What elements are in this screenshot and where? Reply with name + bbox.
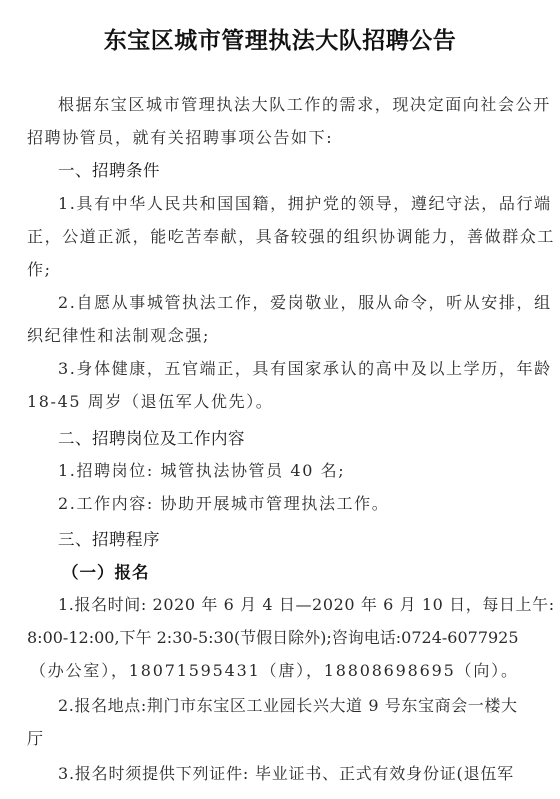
condition-1-line-3: 作; bbox=[27, 257, 52, 280]
registration-place-line-1: 2.报名地点:荆门市东宝区工业园长兴大道 9 号东宝商会一楼大 bbox=[58, 693, 491, 716]
intro-line-1: 根据东宝区城市管理执法大队工作的需求，现决定面向社会公开 bbox=[58, 92, 491, 115]
intro-line-2: 招聘协管员，就有关招聘事项公告如下: bbox=[27, 125, 333, 148]
registration-time-line-3: （办公室），18071595431（唐），18808698695（向）。 bbox=[30, 658, 519, 681]
registration-time-line-2: 8:00-12:00,下午 2:30-5:30(节假日除外);咨询电话:0724… bbox=[27, 625, 491, 648]
registration-documents-line-1: 3.报名时须提供下列证件: 毕业证书、正式有效身份证(退伍军 bbox=[58, 761, 491, 784]
registration-place-line-2: 厅 bbox=[27, 726, 45, 749]
condition-2-line-2: 织纪律性和法制观念强; bbox=[27, 323, 210, 346]
condition-3-line-2: 18-45 周岁（退伍军人优先）。 bbox=[27, 389, 273, 412]
condition-1-line-2: 正，公道正派，能吃苦奉献，具备较强的组织协调能力，善做群众工 bbox=[27, 224, 491, 247]
page-title: 东宝区城市管理执法大队招聘公告 bbox=[0, 22, 560, 55]
section-heading-conditions: 一、招聘条件 bbox=[58, 157, 160, 181]
registration-time-line-1: 1.报名时间: 2020 年 6 月 4 日—2020 年 6 月 10 日，每… bbox=[58, 592, 491, 615]
condition-3-line-1: 3.身体健康，五官端正，具有国家承认的高中及以上学历，年龄 bbox=[58, 356, 491, 379]
section-heading-procedure: 三、招聘程序 bbox=[58, 526, 160, 550]
position-item-1: 1.招聘岗位: 城管执法协管员 40 名; bbox=[58, 458, 345, 481]
condition-2-line-1: 2.自愿从事城管执法工作，爱岗敬业，服从命令，听从安排，组 bbox=[58, 290, 491, 313]
subsection-heading-registration: （一）报名 bbox=[62, 559, 150, 583]
condition-1-line-1: 1.具有中华人民共和国国籍，拥护党的领导，遵纪守法，品行端 bbox=[58, 191, 491, 214]
position-item-2: 2.工作内容: 协助开展城市管理执法工作。 bbox=[58, 491, 389, 514]
section-heading-positions: 二、招聘岗位及工作内容 bbox=[58, 425, 245, 449]
